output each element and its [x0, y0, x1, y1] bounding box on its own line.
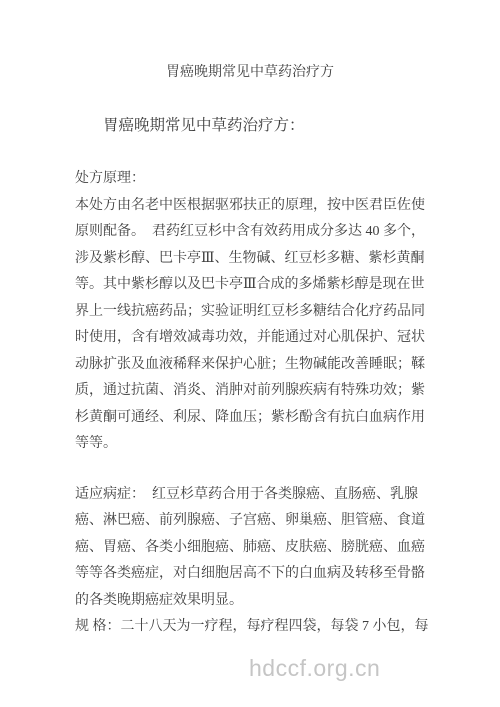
document-title: 胃癌晚期常见中草药治疗方 — [75, 60, 425, 87]
text-line: 界上一线抗癌药品；实验证明红豆杉多糖结合化疗药品同 — [75, 299, 427, 326]
text-line: 杉黄酮可通经、利尿、降血压；紫杉酚含有抗白血病作用 — [75, 405, 427, 432]
text-line: 等等。 — [75, 431, 427, 458]
text-line: 本处方由名老中医根据驱邪扶正的原理，按中医君臣佐使 — [75, 193, 427, 220]
document-page: 胃癌晚期常见中草药治疗方 胃癌晚期常见中草药治疗方： 处方原理：本处方由名老中医… — [0, 0, 500, 707]
document-subtitle: 胃癌晚期常见中草药治疗方： — [75, 113, 425, 140]
text-line: 等。其中紫杉醇以及巴卡亭Ⅲ合成的多烯紫杉醇是现在世 — [75, 272, 427, 299]
text-line: 等等各类癌症，对白细胞居高不下的白血病及转移至骨骼 — [75, 561, 427, 588]
text-line: 质，通过抗菌、消炎、消肿对前列腺疾病有特殊功效；紫 — [75, 378, 427, 405]
text-line: 动脉扩张及血液稀释来保护心脏；生物碱能改善睡眠；鞣 — [75, 352, 427, 379]
text-line: 涉及紫杉醇、巴卡亭Ⅲ、生物碱、红豆杉多糖、紫杉黄酮 — [75, 246, 427, 273]
text-line: 癌、淋巴癌、前列腺癌、子宫癌、卵巢癌、胆管癌、食道 — [75, 508, 427, 535]
indications-section: 适应病症： 红豆杉草药合用于各类腺癌、直肠癌、乳腺癌、淋巴癌、前列腺癌、子宫癌、… — [75, 482, 427, 615]
text-line: 处方原理： — [75, 166, 427, 193]
text-line: 适应病症： 红豆杉草药合用于各类腺癌、直肠癌、乳腺 — [75, 482, 427, 509]
watermark: hdccf.org.cn — [249, 651, 380, 685]
text-line: 时使用，含有增效减毒功效，并能通过对心肌保护、冠状 — [75, 325, 427, 352]
text-line: 规 格：二十八天为一疗程，每疗程四袋，每袋 7 小包，每 — [75, 614, 427, 641]
text-line: 癌、胃癌、各类小细胞癌、肺癌、皮肤癌、膀胱癌、血癌 — [75, 535, 427, 562]
prescription-principle-section: 处方原理：本处方由名老中医根据驱邪扶正的原理，按中医君臣佐使原则配备。 君药红豆… — [75, 166, 427, 458]
specification-section: 规 格：二十八天为一疗程，每疗程四袋，每袋 7 小包，每 — [75, 614, 427, 641]
text-line: 的各类晚期癌症效果明显。 — [75, 588, 427, 615]
text-line: 原则配备。 君药红豆杉中含有效药用成分多达 40 多个， — [75, 219, 427, 246]
